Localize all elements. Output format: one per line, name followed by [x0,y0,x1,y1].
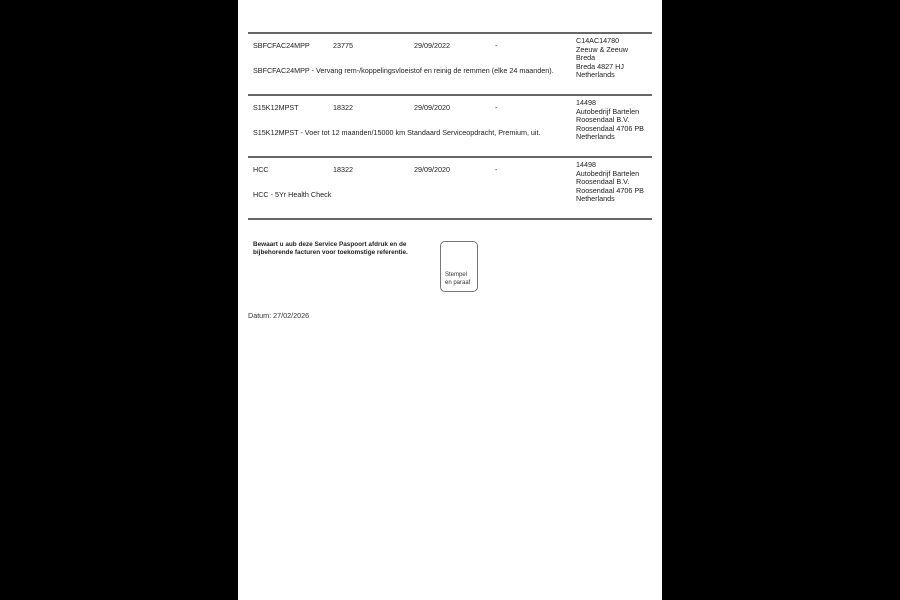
service-description: SBFCFAC24MPP - Vervang rem-/koppelingsvl… [253,67,554,76]
service-passport-page: SBFCFAC24MPP 23775 29/09/2022 - C14AC147… [238,0,662,600]
dealer-country: Netherlands [576,195,644,204]
stamp-label-line-2: en paraaf [445,279,470,287]
dealer-country: Netherlands [576,133,644,142]
dealer-address: 14498 Autobedrijf Bartelen Roosendaal B.… [576,161,644,204]
service-date: 29/09/2020 [414,166,450,175]
placeholder-dash: - [495,166,497,175]
dealer-address: C14AC14780 Zeeuw & Zeeuw Breda Breda 482… [576,37,628,80]
mileage: 18322 [333,104,353,113]
dealer-address: 14498 Autobedrijf Bartelen Roosendaal B.… [576,99,644,142]
service-code: HCC [253,166,269,175]
service-record: HCC 18322 29/09/2020 - 14498 Autobedrijf… [248,156,652,220]
mileage: 18322 [333,166,353,175]
service-description: HCC - 5Yr Health Check [253,191,331,200]
notice-line-1: Bewaart u aub deze Service Paspoort afdr… [253,241,423,249]
placeholder-dash: - [495,104,497,113]
service-date: 29/09/2020 [414,104,450,113]
divider [248,218,652,220]
print-date: Datum: 27/02/2026 [248,311,309,320]
notice-line-2: bijbehorende facturen voor toekomstige r… [253,249,423,257]
service-description: S15K12MPST - Voer tot 12 maanden/15000 k… [253,129,541,138]
retention-notice: Bewaart u aub deze Service Paspoort afdr… [253,241,423,257]
stamp-box: Stempel en paraaf [440,241,478,292]
service-date: 29/09/2022 [414,42,450,51]
service-record: S15K12MPST 18322 29/09/2020 - 14498 Auto… [248,94,652,158]
dealer-country: Netherlands [576,71,628,80]
placeholder-dash: - [495,42,497,51]
stamp-label: Stempel en paraaf [445,271,470,287]
service-code: SBFCFAC24MPP [253,42,310,51]
mileage: 23775 [333,42,353,51]
service-code: S15K12MPST [253,104,299,113]
service-record: SBFCFAC24MPP 23775 29/09/2022 - C14AC147… [248,32,652,96]
stamp-label-line-1: Stempel [445,271,470,279]
